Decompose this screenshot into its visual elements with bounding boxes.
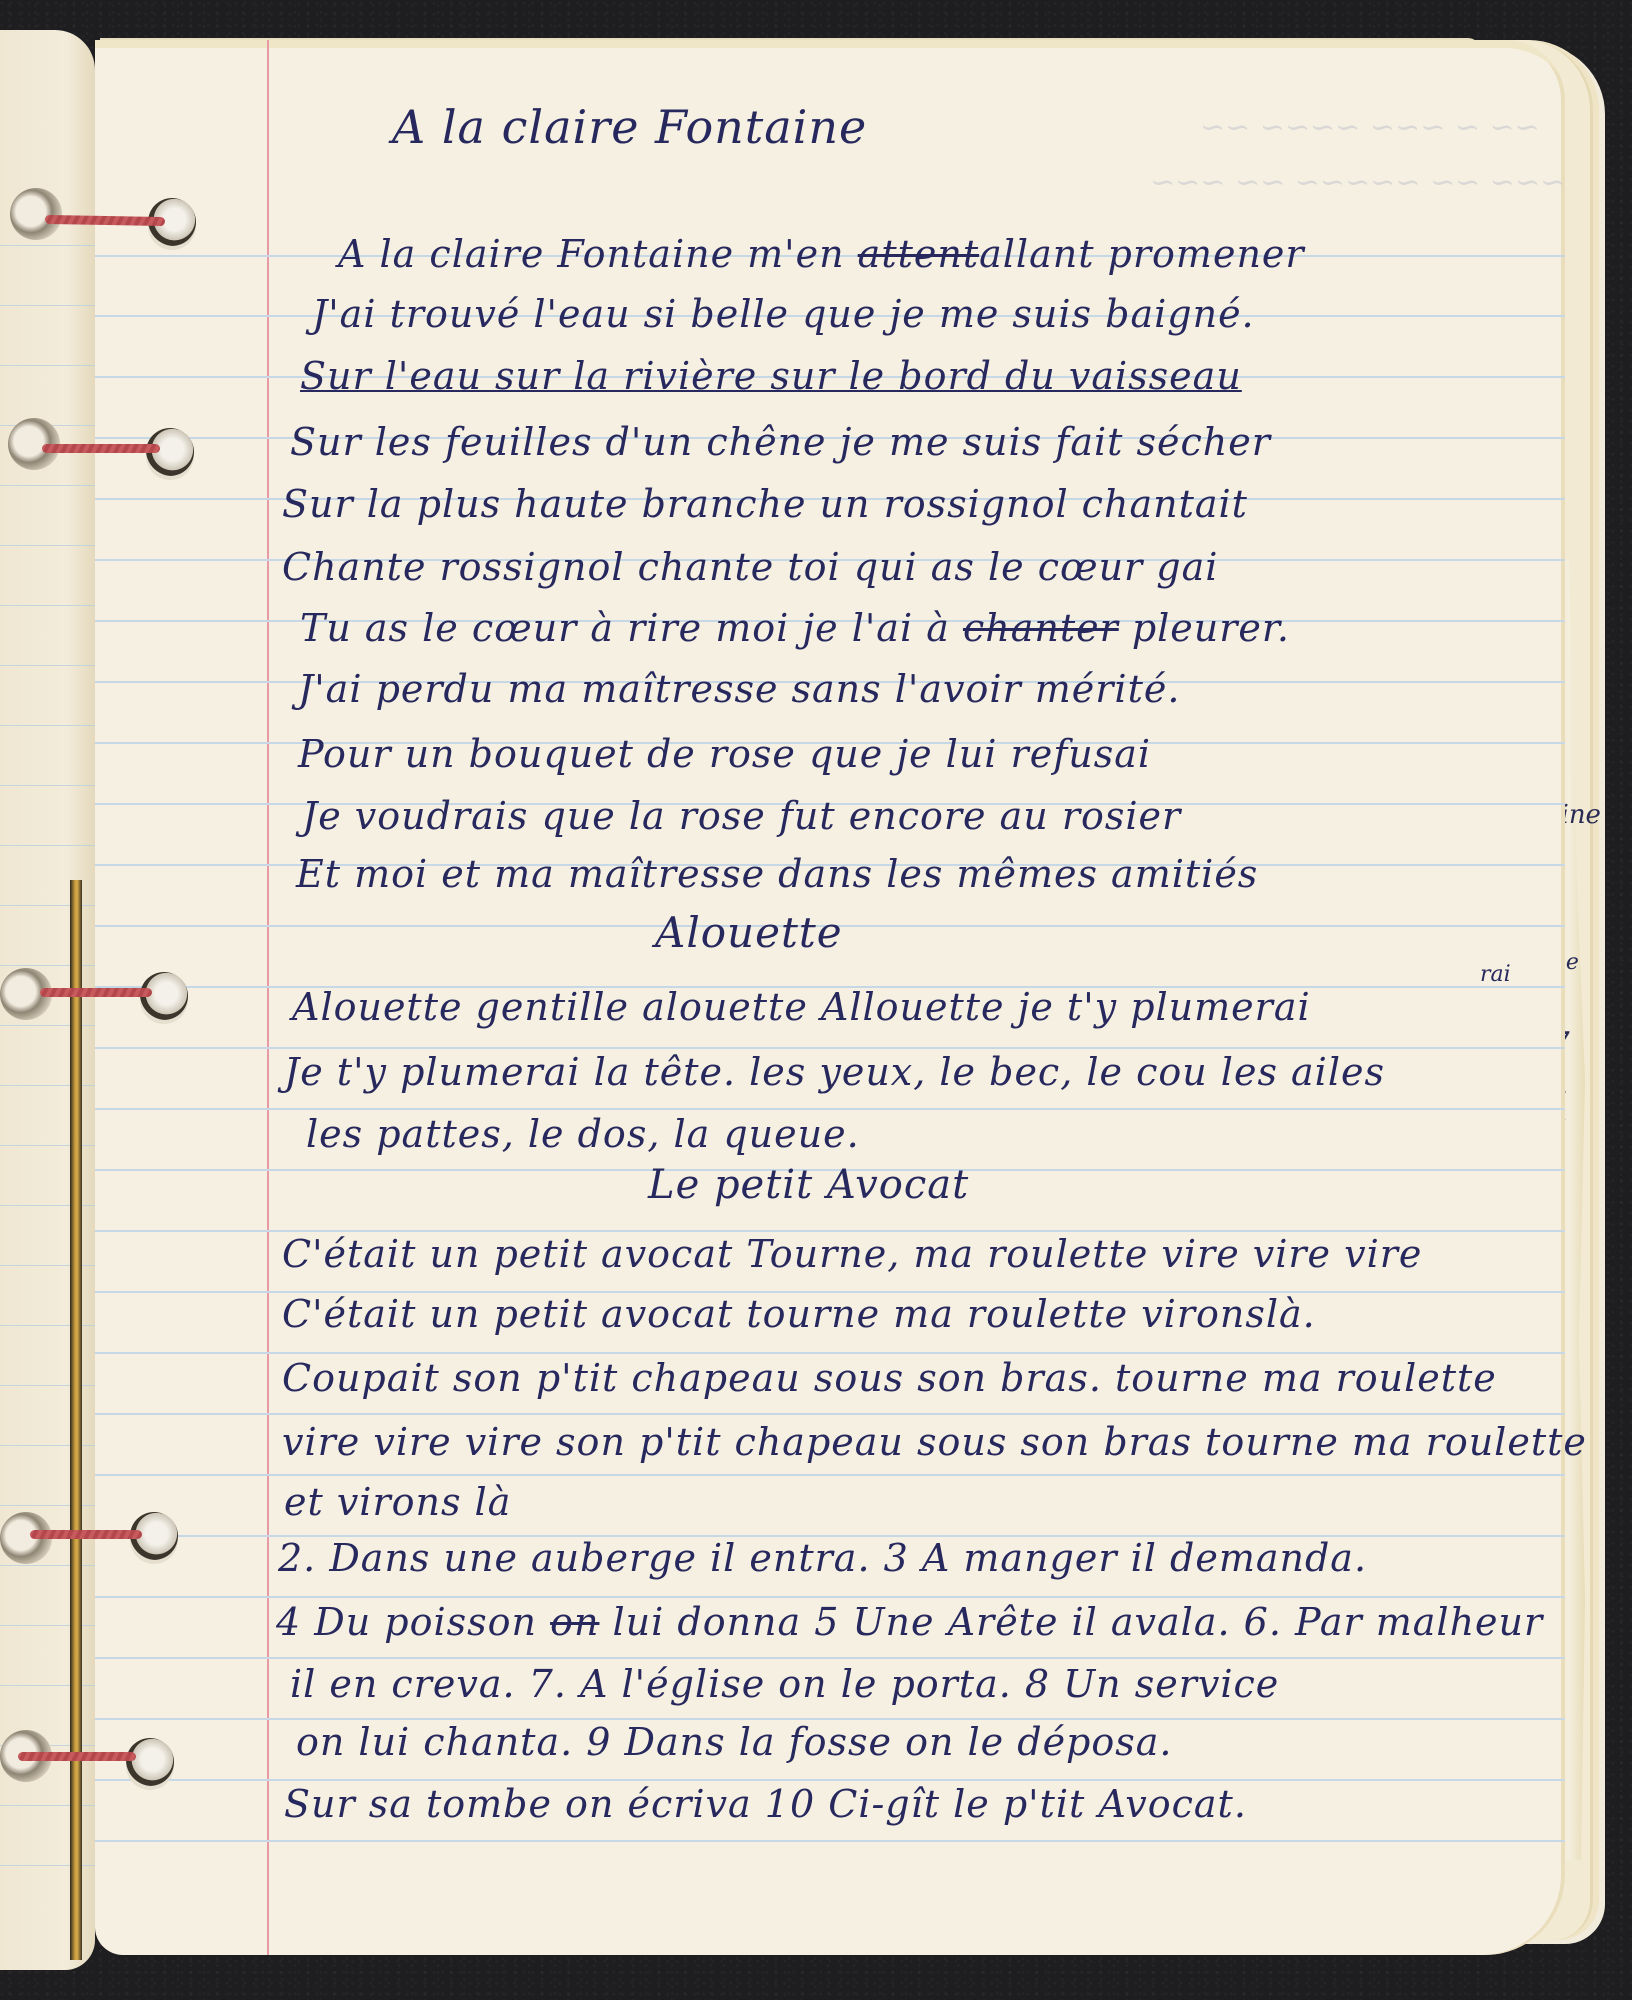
binding-spine: [70, 880, 82, 1960]
song-line: Chante rossignol chante toi qui as le cœ…: [282, 545, 1218, 589]
song-line: J'ai perdu ma maîtresse sans l'avoir mér…: [298, 667, 1180, 711]
song-line: Pour un bouquet de rose que je lui refus…: [298, 732, 1151, 776]
margin-line: [267, 40, 269, 1955]
song-line: Tu as le cœur à rire moi je l'ai à chant…: [300, 606, 1290, 650]
song-line: Sur les feuilles d'un chêne je me suis f…: [290, 420, 1271, 464]
song-line: 4 Du poisson on lui donna 5 Une Arête il…: [276, 1600, 1543, 1644]
binding-string: [18, 1752, 136, 1761]
song-title: Alouette: [655, 908, 843, 957]
song-line: 2. Dans une auberge il entra. 3 A manger…: [278, 1536, 1367, 1580]
song-line: C'était un petit avocat Tourne, ma roule…: [282, 1232, 1422, 1276]
bleed-through-text: ~~~ ~~ ~~~~~ ~~ ~~~: [1150, 165, 1565, 200]
song-line: Sur la plus haute branche un rossignol c…: [282, 482, 1248, 526]
song-line: Je t'y plumerai la tête. les yeux, le be…: [284, 1050, 1385, 1094]
binding-hole-left: [10, 188, 62, 240]
song-line: Sur l'eau sur la rivière sur le bord du …: [300, 354, 1242, 398]
song-line: et virons là: [284, 1480, 511, 1524]
song-line: Je voudrais que la rose fut encore au ro…: [302, 794, 1181, 838]
song-line: C'était un petit avocat tourne ma roulet…: [282, 1292, 1316, 1336]
song-line: vire vire vire son p'tit chapeau sous so…: [282, 1420, 1587, 1464]
song-line: A la claire Fontaine m'en attentallant p…: [338, 232, 1305, 276]
binding-string: [30, 1530, 142, 1539]
binding-string: [40, 988, 152, 997]
song-line: il en creva. 7. A l'église on le porta. …: [290, 1662, 1279, 1706]
song-line: Alouette gentille alouette Allouette je …: [292, 985, 1311, 1029]
song-line: J'ai trouvé l'eau si belle que je me sui…: [312, 292, 1255, 336]
bleed-through-text: ~~ ~ ~~~ ~~~~ ~~: [1200, 110, 1540, 145]
binding-hole: [126, 1738, 174, 1786]
song-title: Le petit Avocat: [648, 1162, 969, 1208]
song-line: Et moi et ma maîtresse dans les mêmes am…: [296, 852, 1258, 896]
song-line: Coupait son p'tit chapeau sous son bras.…: [282, 1356, 1497, 1400]
superscript-correction: rai: [1480, 962, 1511, 987]
song-line: on lui chanta. 9 Dans la fosse on le dép…: [296, 1720, 1173, 1764]
song-line: les pattes, le dos, la queue.: [306, 1112, 860, 1156]
song-line: Sur sa tombe on écriva 10 Ci-gît le p'ti…: [284, 1782, 1247, 1826]
song-title: A la claire Fontaine: [392, 100, 867, 154]
binding-string: [42, 444, 160, 453]
